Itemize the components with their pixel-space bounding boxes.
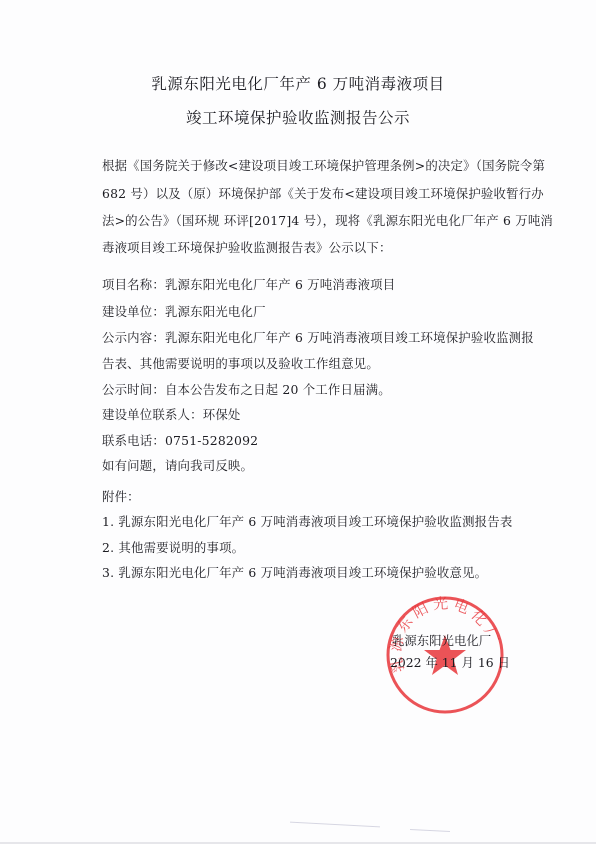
- attachment-item-1: 1. 乳源东阳光电化厂年产 6 万吨消毒液项目竣工环境保护验收监测报告表: [102, 512, 512, 530]
- contact-person: 建设单位联系人：环保处: [102, 405, 241, 423]
- signature-company: 乳源东阳光电化厂: [392, 631, 491, 649]
- signature-date: 2022 年 11 月 16 日: [390, 653, 510, 671]
- feedback-note: 如有问题，请向我司反映。: [102, 456, 253, 474]
- scan-artifact: [410, 829, 450, 832]
- builder: 建设单位：乳源东阳光电化厂: [102, 302, 266, 320]
- content-line-1: 公示内容：乳源东阳光电化厂年产 6 万吨消毒液项目竣工环境保护验收监测报: [102, 328, 534, 346]
- content-line-2: 告表、其他需要说明的事项以及验收工作组意见。: [102, 354, 379, 372]
- attachment-item-2: 2. 其他需要说明的事项。: [102, 538, 244, 556]
- attachments-label: 附件：: [102, 487, 140, 505]
- contact-phone: 联系电话：0751-5282092: [102, 431, 258, 449]
- document-title-line-2: 竣工环境保护验收监测报告公示: [0, 106, 596, 128]
- document-title-line-1: 乳源东阳光电化厂年产 6 万吨消毒液项目: [0, 72, 596, 94]
- publicity-period: 公示时间：自本公告发布之日起 20 个工作日届满。: [102, 380, 391, 398]
- scan-artifact: [290, 822, 380, 828]
- intro-line-4: 毒液项目竣工环境保护验收监测报告表》公示以下：: [102, 238, 392, 256]
- intro-line-2: 682 号）以及（原）环境保护部《关于发布<建设项目竣工环境保护验收暂行办: [102, 184, 544, 202]
- document-page: 乳源东阳光电化厂年产 6 万吨消毒液项目 竣工环境保护验收监测报告公示 根据《国…: [0, 0, 596, 844]
- intro-line-1: 根据《国务院关于修改<建设项目竣工环境保护管理条例>的决定》（国务院令第: [102, 156, 545, 174]
- attachment-item-3: 3. 乳源东阳光电化厂年产 6 万吨消毒液项目竣工环境保护验收意见。: [102, 563, 487, 581]
- intro-line-3: 法>的公告》（国环规 环评[2017]4 号），现将《乳源东阳光电化厂年产 6 …: [102, 211, 553, 229]
- project-name: 项目名称：乳源东阳光电化厂年产 6 万吨消毒液项目: [102, 275, 395, 293]
